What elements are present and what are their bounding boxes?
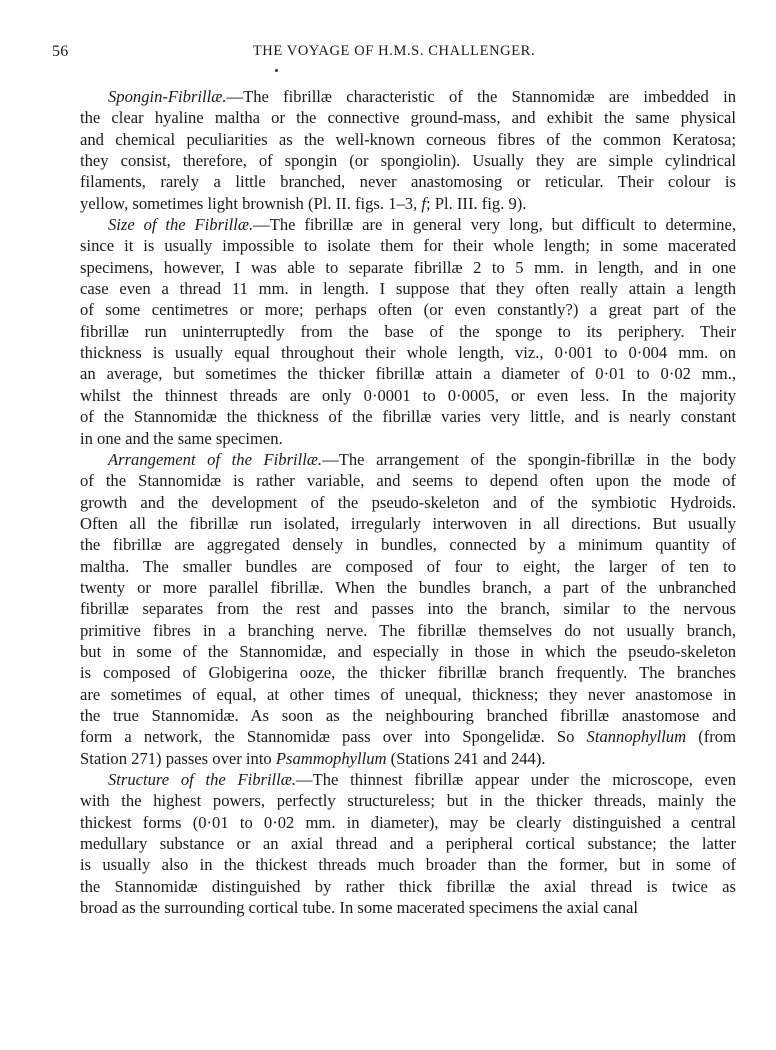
text-line: the Stannomidæ distinguished by rather t…	[52, 876, 736, 897]
running-head: 56 THE VOYAGE OF H.M.S. CHALLENGER.	[52, 43, 736, 65]
text-line: whilst the thinnest threads are only 0·0…	[52, 385, 736, 406]
text-line: primitive fibres in a branching nerve. T…	[52, 620, 736, 641]
line-text: —The arrangement of the spongin-fibrillæ…	[322, 450, 736, 469]
text-line: the true Stannomidæ. As soon as the neig…	[52, 705, 736, 726]
text-line: Structure of the Fibrillæ.—The thinnest …	[52, 769, 736, 790]
line-text: the true Stannomidæ. As soon as the neig…	[80, 706, 736, 725]
text-line: they consist, therefore, of spongin (or …	[52, 150, 736, 171]
text-line: and chemical peculiarities as the well-k…	[52, 129, 736, 150]
text-line: yellow, sometimes light brownish (Pl. II…	[52, 193, 736, 214]
line-text: are sometimes of equal, at other times o…	[80, 685, 736, 704]
line-text: case even a thread 11 mm. in length. I s…	[80, 279, 736, 298]
section-heading: Spongin-Fibrillæ.	[108, 87, 226, 106]
print-speck	[275, 69, 278, 72]
line-text: they consist, therefore, of spongin (or …	[80, 151, 736, 170]
text-line: form a network, the Stannomidæ pass over…	[52, 726, 736, 747]
line-text: in one and the same specimen.	[80, 429, 283, 448]
text-line: growth and the development of the pseudo…	[52, 492, 736, 513]
line-text: —The thinnest fibrillæ appear under the …	[296, 770, 736, 789]
book-page: 56 THE VOYAGE OF H.M.S. CHALLENGER. Spon…	[0, 0, 776, 1050]
line-text: yellow, sometimes light brownish (Pl. II…	[80, 194, 527, 213]
line-text: of the Stannomidæ is rather variable, an…	[80, 471, 736, 490]
line-text: form a network, the Stannomidæ pass over…	[80, 727, 736, 746]
text-line: Station 271) passes over into Psammophyl…	[52, 748, 736, 769]
line-text: of the Stannomidæ the thickness of the f…	[80, 407, 736, 426]
paragraph: Arrangement of the Fibrillæ.—The arrange…	[52, 449, 736, 769]
line-text: thickest forms (0·01 to 0·02 mm. in diam…	[80, 813, 736, 832]
text-line: but in some of the Stannomidæ, and espec…	[52, 641, 736, 662]
line-text: specimens, however, I was able to separa…	[80, 258, 736, 277]
text-line: of the Stannomidæ the thickness of the f…	[52, 406, 736, 427]
text-line: in one and the same specimen.	[52, 428, 736, 449]
line-text: maltha. The smaller bundles are composed…	[80, 557, 736, 576]
text-line: Often all the fibrillæ run isolated, irr…	[52, 513, 736, 534]
section-heading: Structure of the Fibrillæ.	[108, 770, 296, 789]
line-text: the Stannomidæ distinguished by rather t…	[80, 877, 736, 896]
text-line: Arrangement of the Fibrillæ.—The arrange…	[52, 449, 736, 470]
text-line: are sometimes of equal, at other times o…	[52, 684, 736, 705]
line-text: but in some of the Stannomidæ, and espec…	[80, 642, 736, 661]
line-text: growth and the development of the pseudo…	[80, 493, 736, 512]
text-line: specimens, however, I was able to separa…	[52, 257, 736, 278]
line-text: and chemical peculiarities as the well-k…	[80, 130, 736, 149]
line-text: filaments, rarely a little branched, nev…	[80, 172, 736, 191]
section-heading: Size of the Fibrillæ.	[108, 215, 253, 234]
line-text: medullary substance or an axial thread a…	[80, 834, 736, 853]
body-text: Spongin-Fibrillæ.—The fibrillæ character…	[52, 86, 736, 918]
text-line: the fibrillæ are aggregated densely in b…	[52, 534, 736, 555]
text-line: of the Stannomidæ is rather variable, an…	[52, 470, 736, 491]
line-text: is composed of Globigerina ooze, the thi…	[80, 663, 736, 682]
line-text: thickness is usually equal throughout th…	[80, 343, 736, 362]
text-line: of some centimetres or more; perhaps oft…	[52, 299, 736, 320]
section-heading: Arrangement of the Fibrillæ.	[108, 450, 322, 469]
paragraph: Size of the Fibrillæ.—The fibrillæ are i…	[52, 214, 736, 449]
paragraph: Structure of the Fibrillæ.—The thinnest …	[52, 769, 736, 918]
text-line: maltha. The smaller bundles are composed…	[52, 556, 736, 577]
text-line: is composed of Globigerina ooze, the thi…	[52, 662, 736, 683]
text-line: thickness is usually equal throughout th…	[52, 342, 736, 363]
line-text: since it is usually impossible to isolat…	[80, 236, 736, 255]
text-line: since it is usually impossible to isolat…	[52, 235, 736, 256]
text-line: filaments, rarely a little branched, nev…	[52, 171, 736, 192]
line-text: an average, but sometimes the thicker fi…	[80, 364, 736, 383]
line-text: —The fibrillæ are in general very long, …	[253, 215, 736, 234]
line-text: is usually also in the thickest threads …	[80, 855, 736, 874]
line-text: the clear hyaline maltha or the connecti…	[80, 108, 736, 127]
line-text: with the highest powers, perfectly struc…	[80, 791, 736, 810]
line-text: whilst the thinnest threads are only 0·0…	[80, 386, 736, 405]
text-line: Spongin-Fibrillæ.—The fibrillæ character…	[52, 86, 736, 107]
line-text: fibrillæ run uninterruptedly from the ba…	[80, 322, 736, 341]
line-text: twenty or more parallel fibrillæ. When t…	[80, 578, 736, 597]
line-text: broad as the surrounding cortical tube. …	[80, 898, 638, 917]
text-line: fibrillæ separates from the rest and pas…	[52, 598, 736, 619]
text-line: case even a thread 11 mm. in length. I s…	[52, 278, 736, 299]
line-text: fibrillæ separates from the rest and pas…	[80, 599, 736, 618]
line-text: primitive fibres in a branching nerve. T…	[80, 621, 736, 640]
text-line: is usually also in the thickest threads …	[52, 854, 736, 875]
text-line: an average, but sometimes the thicker fi…	[52, 363, 736, 384]
line-text: —The fibrillæ characteristic of the Stan…	[226, 87, 736, 106]
text-line: medullary substance or an axial thread a…	[52, 833, 736, 854]
text-line: the clear hyaline maltha or the connecti…	[52, 107, 736, 128]
header-title: THE VOYAGE OF H.M.S. CHALLENGER.	[52, 43, 736, 60]
paragraph: Spongin-Fibrillæ.—The fibrillæ character…	[52, 86, 736, 214]
line-text: Station 271) passes over into Psammophyl…	[80, 749, 546, 768]
text-line: Size of the Fibrillæ.—The fibrillæ are i…	[52, 214, 736, 235]
line-text: the fibrillæ are aggregated densely in b…	[80, 535, 736, 554]
text-line: fibrillæ run uninterruptedly from the ba…	[52, 321, 736, 342]
line-text: Often all the fibrillæ run isolated, irr…	[80, 514, 736, 533]
line-text: of some centimetres or more; perhaps oft…	[80, 300, 736, 319]
text-line: twenty or more parallel fibrillæ. When t…	[52, 577, 736, 598]
text-line: thickest forms (0·01 to 0·02 mm. in diam…	[52, 812, 736, 833]
text-line: with the highest powers, perfectly struc…	[52, 790, 736, 811]
text-line: broad as the surrounding cortical tube. …	[52, 897, 736, 918]
